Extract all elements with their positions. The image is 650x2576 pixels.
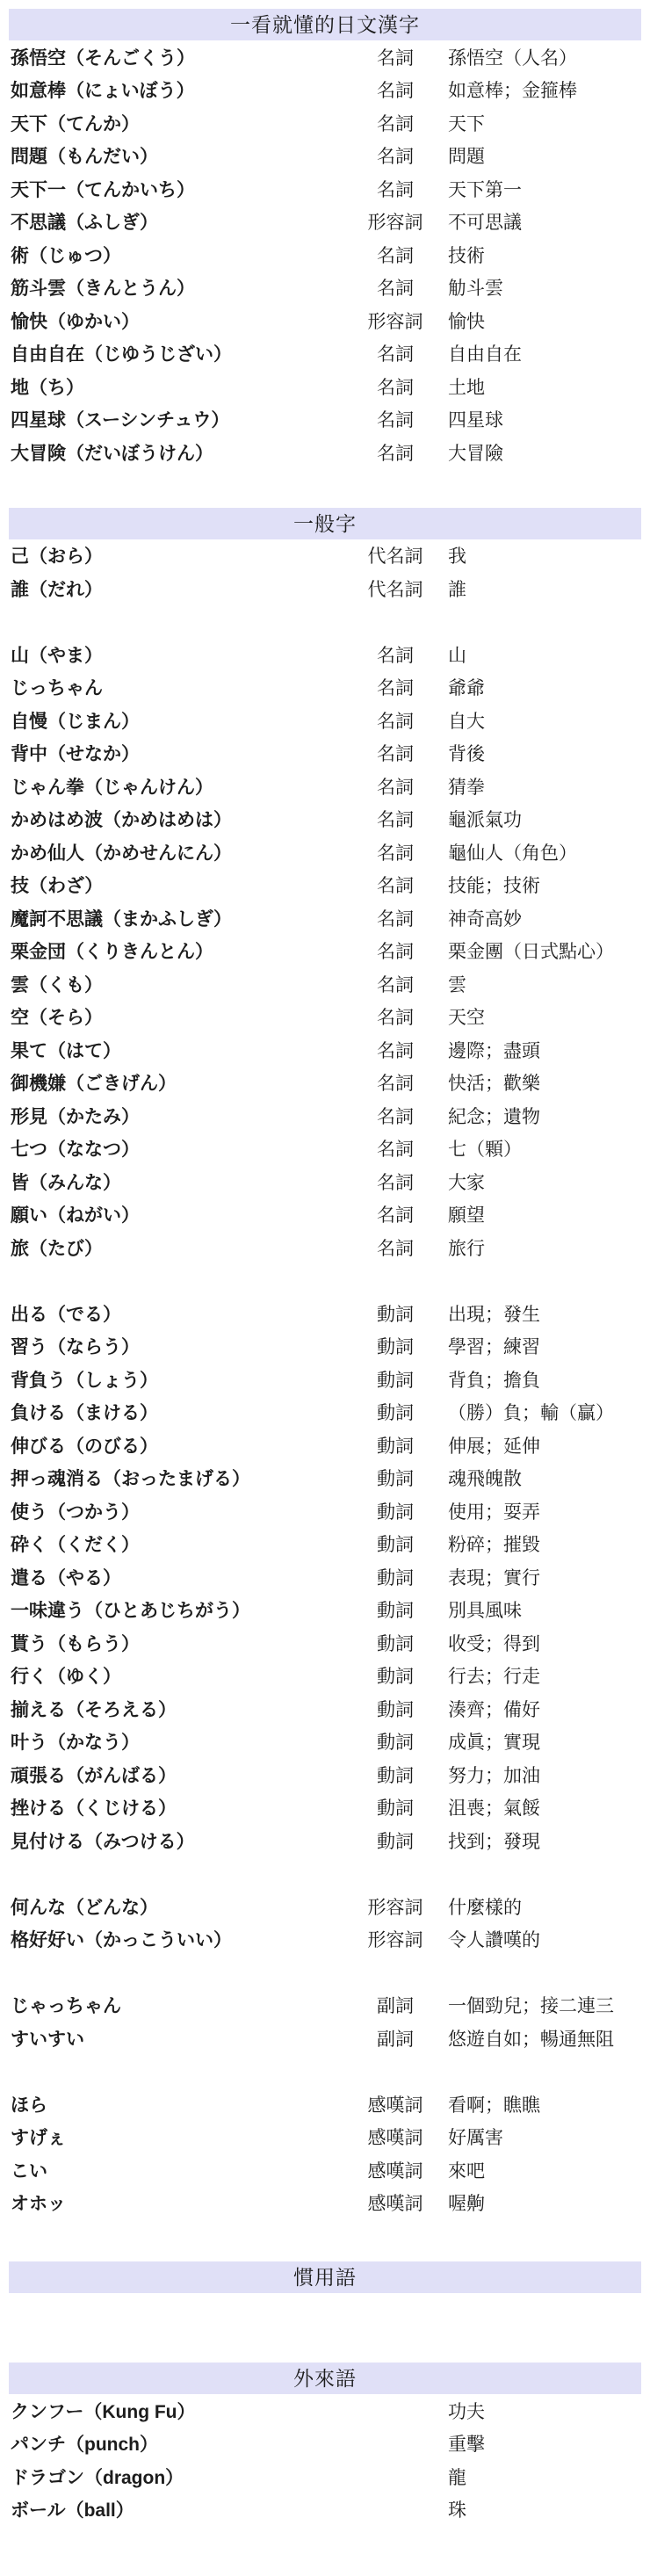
- vocab-row: 使う（つかう）動詞使用；耍弄: [0, 1494, 650, 1528]
- word-japanese: 誰（だれ）: [11, 575, 351, 602]
- word-japanese: 遣る（やる）: [11, 1564, 351, 1590]
- part-of-speech: 副詞: [351, 1992, 439, 2018]
- meaning-chinese: 觔斗雲: [439, 274, 641, 300]
- word-japanese: 行く（ゆく）: [11, 1662, 351, 1689]
- vocab-row: 雲（くも）名詞雲: [0, 967, 650, 1001]
- meaning-chinese: 出現；發生: [439, 1300, 641, 1327]
- word-japanese: 山（やま）: [11, 641, 351, 668]
- part-of-speech: 名詞: [351, 971, 439, 997]
- vocab-row: 行く（ゆく）動詞行去；行走: [0, 1660, 650, 1693]
- word-japanese: 四星球（スーシンチュウ）: [11, 406, 351, 432]
- part-of-speech: 名詞: [351, 1234, 439, 1261]
- meaning-chinese: 喔齁: [439, 2189, 641, 2216]
- part-of-speech: 動詞: [351, 1498, 439, 1524]
- meaning-chinese: 技術: [439, 242, 641, 268]
- word-japanese: 筋斗雲（きんとうん）: [11, 274, 351, 300]
- vocab-row: 出る（でる）動詞出現；發生: [0, 1297, 650, 1330]
- part-of-speech: 代名詞: [351, 575, 439, 602]
- part-of-speech: 名詞: [351, 905, 439, 931]
- vocab-row: 押っ魂消る（おったまげる）動詞魂飛魄散: [0, 1462, 650, 1495]
- part-of-speech: 名詞: [351, 1037, 439, 1063]
- meaning-chinese: 天下: [439, 110, 641, 136]
- meaning-chinese: 山: [439, 641, 641, 668]
- part-of-speech: 名詞: [351, 674, 439, 700]
- meaning-chinese: 七（顆）: [439, 1135, 641, 1161]
- meaning-chinese: 願望: [439, 1201, 641, 1227]
- meaning-chinese: 龍: [439, 2464, 641, 2490]
- meaning-chinese: 紀念；遺物: [439, 1103, 641, 1129]
- vocab-row: かめはめ波（かめはめは）名詞龜派氣功: [0, 803, 650, 836]
- word-japanese: 問題（もんだい）: [11, 142, 351, 169]
- vocab-table: 一看就懂的日文漢字孫悟空（そんごくう）名詞孫悟空（人名）如意棒（にょいぼう）名詞…: [0, 9, 650, 2526]
- vocab-row: 負ける（まける）動詞（勝）負；輸（贏）: [0, 1396, 650, 1429]
- vocab-row: ほら感嘆詞看啊；瞧瞧: [0, 2088, 650, 2121]
- meaning-chinese: 爺爺: [439, 674, 641, 700]
- meaning-chinese: 功夫: [439, 2398, 641, 2424]
- word-japanese: すいすい: [11, 2025, 351, 2051]
- part-of-speech: 動詞: [351, 1662, 439, 1689]
- part-of-speech: 名詞: [351, 110, 439, 136]
- word-japanese: 栗金団（くりきんとん）: [11, 937, 351, 964]
- row-spacer: [0, 1956, 650, 1989]
- vocab-row: 不思議（ふしぎ）形容詞不可思議: [0, 206, 650, 239]
- vocab-row: じゃっちゃん副詞一個勁兒；接二連三: [0, 1989, 650, 2022]
- word-japanese: 一味違う（ひとあじちがう）: [11, 1596, 351, 1623]
- vocab-row: 地（ち）名詞土地: [0, 370, 650, 403]
- vocab-row: 誰（だれ）代名詞誰: [0, 572, 650, 605]
- part-of-speech: 動詞: [351, 1399, 439, 1425]
- word-japanese: パンチ（punch）: [11, 2430, 351, 2457]
- meaning-chinese: 栗金團（日式點心）: [439, 937, 641, 964]
- part-of-speech: 名詞: [351, 641, 439, 668]
- word-japanese: 習う（ならう）: [11, 1333, 351, 1359]
- part-of-speech: 名詞: [351, 1103, 439, 1129]
- word-japanese: すげぇ: [11, 2124, 351, 2150]
- word-japanese: 頑張る（がんばる）: [11, 1762, 351, 1788]
- vocab-row: 皆（みんな）名詞大家: [0, 1165, 650, 1198]
- word-japanese: 雲（くも）: [11, 971, 351, 997]
- part-of-speech: 動詞: [351, 1530, 439, 1557]
- word-japanese: 如意棒（にょいぼう）: [11, 76, 351, 103]
- part-of-speech: 名詞: [351, 1169, 439, 1195]
- part-of-speech: 名詞: [351, 274, 439, 300]
- word-japanese: 果て（はて）: [11, 1037, 351, 1063]
- meaning-chinese: 技能；技術: [439, 872, 641, 898]
- word-japanese: ボール（ball）: [11, 2496, 351, 2522]
- vocab-row: 魔訶不思議（まかふしぎ）名詞神奇高妙: [0, 901, 650, 935]
- part-of-speech: 名詞: [351, 373, 439, 400]
- vocab-row: 習う（ならう）動詞學習；練習: [0, 1330, 650, 1364]
- part-of-speech: 動詞: [351, 1794, 439, 1820]
- meaning-chinese: 如意棒；金箍棒: [439, 76, 641, 103]
- vocab-row: 形見（かたみ）名詞紀念；遺物: [0, 1099, 650, 1132]
- meaning-chinese: 土地: [439, 373, 641, 400]
- word-japanese: 天下一（てんかいち）: [11, 176, 351, 202]
- vocab-section: 慣用語: [0, 2261, 650, 2293]
- part-of-speech: 名詞: [351, 707, 439, 734]
- vocab-row: ボール（ball）珠: [0, 2493, 650, 2527]
- meaning-chinese: 學習；練習: [439, 1333, 641, 1359]
- word-japanese: じゃっちゃん: [11, 1992, 351, 2018]
- meaning-chinese: 背後: [439, 740, 641, 766]
- vocab-row: かめ仙人（かめせんにん）名詞龜仙人（角色）: [0, 836, 650, 869]
- part-of-speech: 動詞: [351, 1465, 439, 1491]
- meaning-chinese: 誰: [439, 575, 641, 602]
- meaning-chinese: 龜派氣功: [439, 806, 641, 832]
- word-japanese: 魔訶不思議（まかふしぎ）: [11, 905, 351, 931]
- vocab-row: じっちゃん名詞爺爺: [0, 671, 650, 705]
- vocab-row: すいすい副詞悠遊自如；暢通無阻: [0, 2022, 650, 2055]
- part-of-speech: 名詞: [351, 44, 439, 70]
- word-japanese: 出る（でる）: [11, 1300, 351, 1327]
- word-japanese: 背中（せなか）: [11, 740, 351, 766]
- meaning-chinese: 天空: [439, 1003, 641, 1030]
- part-of-speech: 動詞: [351, 1762, 439, 1788]
- vocab-row: 自慢（じまん）名詞自大: [0, 704, 650, 737]
- meaning-chinese: 什麼樣的: [439, 1893, 641, 1920]
- meaning-chinese: 背負；擔負: [439, 1366, 641, 1393]
- part-of-speech: 感嘆詞: [351, 2124, 439, 2150]
- meaning-chinese: 邊際；盡頭: [439, 1037, 641, 1063]
- part-of-speech: 感嘆詞: [351, 2091, 439, 2117]
- meaning-chinese: 努力；加油: [439, 1762, 641, 1788]
- vocab-row: 遣る（やる）動詞表現；實行: [0, 1560, 650, 1594]
- word-japanese: オホッ: [11, 2189, 351, 2216]
- part-of-speech: 動詞: [351, 1696, 439, 1722]
- word-japanese: 地（ち）: [11, 373, 351, 400]
- vocab-row: 孫悟空（そんごくう）名詞孫悟空（人名）: [0, 40, 650, 74]
- word-japanese: 伸びる（のびる）: [11, 1432, 351, 1458]
- meaning-chinese: 自大: [439, 707, 641, 734]
- vocab-row: 空（そら）名詞天空: [0, 1001, 650, 1034]
- row-spacer: [0, 1264, 650, 1298]
- meaning-chinese: 魂飛魄散: [439, 1465, 641, 1491]
- meaning-chinese: 快活；歡樂: [439, 1069, 641, 1096]
- meaning-chinese: 粉碎；摧毀: [439, 1530, 641, 1557]
- vocab-row: 栗金団（くりきんとん）名詞栗金團（日式點心）: [0, 935, 650, 968]
- part-of-speech: 名詞: [351, 839, 439, 865]
- word-japanese: 愉快（ゆかい）: [11, 308, 351, 334]
- vocab-row: 格好好い（かっこういい）形容詞令人讚嘆的: [0, 1923, 650, 1957]
- vocab-row: 揃える（そろえる）動詞湊齊；備好: [0, 1692, 650, 1726]
- meaning-chinese: 愉快: [439, 308, 641, 334]
- word-japanese: 七つ（ななつ）: [11, 1135, 351, 1161]
- vocab-row: 挫ける（くじける）動詞沮喪；氣餒: [0, 1791, 650, 1825]
- meaning-chinese: 悠遊自如；暢通無阻: [439, 2025, 641, 2051]
- part-of-speech: 形容詞: [351, 308, 439, 334]
- part-of-speech: 感嘆詞: [351, 2189, 439, 2216]
- part-of-speech: 動詞: [351, 1728, 439, 1755]
- section-title: 慣用語: [9, 2261, 641, 2293]
- word-japanese: ほら: [11, 2091, 351, 2117]
- part-of-speech: 名詞: [351, 76, 439, 103]
- word-japanese: 使う（つかう）: [11, 1498, 351, 1524]
- vocab-row: ドラゴン（dragon）龍: [0, 2460, 650, 2493]
- meaning-chinese: 孫悟空（人名）: [439, 44, 641, 70]
- word-japanese: 形見（かたみ）: [11, 1103, 351, 1129]
- vocab-row: 伸びる（のびる）動詞伸展；延伸: [0, 1429, 650, 1462]
- part-of-speech: 名詞: [351, 1069, 439, 1096]
- vocab-row: すげぇ感嘆詞好厲害: [0, 2121, 650, 2154]
- word-japanese: 格好好い（かっこういい）: [11, 1926, 351, 1952]
- word-japanese: ドラゴン（dragon）: [11, 2464, 351, 2490]
- section-title: 一看就懂的日文漢字: [9, 9, 641, 40]
- meaning-chinese: 表現；實行: [439, 1564, 641, 1590]
- meaning-chinese: 成眞；實現: [439, 1728, 641, 1755]
- part-of-speech: 動詞: [351, 1630, 439, 1656]
- vocab-row: オホッ感嘆詞喔齁: [0, 2187, 650, 2220]
- part-of-speech: 名詞: [351, 340, 439, 366]
- vocab-row: 天下一（てんかいち）名詞天下第一: [0, 172, 650, 206]
- vocab-row: 何んな（どんな）形容詞什麼樣的: [0, 1890, 650, 1923]
- part-of-speech: 名詞: [351, 1201, 439, 1227]
- part-of-speech: 動詞: [351, 1596, 439, 1623]
- word-japanese: 負ける（まける）: [11, 1399, 351, 1425]
- part-of-speech: 名詞: [351, 773, 439, 800]
- meaning-chinese: 伸展；延伸: [439, 1432, 641, 1458]
- meaning-chinese: 使用；耍弄: [439, 1498, 641, 1524]
- vocab-row: 七つ（ななつ）名詞七（顆）: [0, 1132, 650, 1166]
- word-japanese: 挫ける（くじける）: [11, 1794, 351, 1820]
- part-of-speech: 名詞: [351, 806, 439, 832]
- section-title: 外來語: [9, 2363, 641, 2394]
- vocab-row: 如意棒（にょいぼう）名詞如意棒；金箍棒: [0, 74, 650, 107]
- row-spacer: [0, 1857, 650, 1891]
- word-japanese: 術（じゅつ）: [11, 242, 351, 268]
- vocab-row: 叶う（かなう）動詞成眞；實現: [0, 1726, 650, 1759]
- meaning-chinese: （勝）負；輸（贏）: [439, 1399, 641, 1425]
- word-japanese: 砕く（くだく）: [11, 1530, 351, 1557]
- part-of-speech: 名詞: [351, 872, 439, 898]
- vocab-section: 外來語クンフー（Kung Fu）功夫パンチ（punch）重擊ドラゴン（drago…: [0, 2363, 650, 2526]
- word-japanese: 見付ける（みつける）: [11, 1827, 351, 1854]
- word-japanese: 願い（ねがい）: [11, 1201, 351, 1227]
- meaning-chinese: 看啊；瞧瞧: [439, 2091, 641, 2117]
- meaning-chinese: 好厲害: [439, 2124, 641, 2150]
- part-of-speech: 副詞: [351, 2025, 439, 2051]
- vocab-row: 筋斗雲（きんとうん）名詞觔斗雲: [0, 271, 650, 305]
- row-spacer: [0, 605, 650, 639]
- vocab-row: 頑張る（がんばる）動詞努力；加油: [0, 1758, 650, 1791]
- meaning-chinese: 龜仙人（角色）: [439, 839, 641, 865]
- part-of-speech: 名詞: [351, 1003, 439, 1030]
- meaning-chinese: 來吧: [439, 2157, 641, 2183]
- vocab-row: 技（わざ）名詞技能；技術: [0, 869, 650, 902]
- part-of-speech: 動詞: [351, 1300, 439, 1327]
- row-spacer: [0, 2055, 650, 2088]
- meaning-chinese: 天下第一: [439, 176, 641, 202]
- part-of-speech: 代名詞: [351, 542, 439, 568]
- word-japanese: 不思議（ふしぎ）: [11, 208, 351, 235]
- meaning-chinese: 大冒險: [439, 439, 641, 466]
- meaning-chinese: 珠: [439, 2496, 641, 2522]
- part-of-speech: 名詞: [351, 176, 439, 202]
- vocab-row: 問題（もんだい）名詞問題: [0, 140, 650, 173]
- meaning-chinese: 行去；行走: [439, 1662, 641, 1689]
- meaning-chinese: 大家: [439, 1169, 641, 1195]
- meaning-chinese: 收受；得到: [439, 1630, 641, 1656]
- part-of-speech: 名詞: [351, 1135, 439, 1161]
- meaning-chinese: 一個勁兒；接二連三: [439, 1992, 641, 2018]
- vocab-row: 愉快（ゆかい）形容詞愉快: [0, 304, 650, 337]
- vocab-row: 自由自在（じゆうじざい）名詞自由自在: [0, 337, 650, 371]
- vocab-row: 貰う（もらう）動詞收受；得到: [0, 1626, 650, 1660]
- word-japanese: 旅（たび）: [11, 1234, 351, 1261]
- word-japanese: かめ仙人（かめせんにん）: [11, 839, 351, 865]
- part-of-speech: 名詞: [351, 242, 439, 268]
- part-of-speech: 形容詞: [351, 1926, 439, 1952]
- vocab-row: こい感嘆詞來吧: [0, 2153, 650, 2187]
- meaning-chinese: 不可思議: [439, 208, 641, 235]
- word-japanese: 大冒険（だいぼうけん）: [11, 439, 351, 466]
- part-of-speech: 動詞: [351, 1333, 439, 1359]
- word-japanese: こい: [11, 2157, 351, 2183]
- word-japanese: 皆（みんな）: [11, 1169, 351, 1195]
- vocab-row: 山（やま）名詞山: [0, 638, 650, 671]
- vocab-section: 一看就懂的日文漢字孫悟空（そんごくう）名詞孫悟空（人名）如意棒（にょいぼう）名詞…: [0, 9, 650, 469]
- vocab-row: クンフー（Kung Fu）功夫: [0, 2394, 650, 2428]
- vocab-row: 己（おら）代名詞我: [0, 539, 650, 573]
- vocab-row: 背負う（しょう）動詞背負；擔負: [0, 1363, 650, 1396]
- word-japanese: 貰う（もらう）: [11, 1630, 351, 1656]
- word-japanese: 技（わざ）: [11, 872, 351, 898]
- word-japanese: 自由自在（じゆうじざい）: [11, 340, 351, 366]
- part-of-speech: 名詞: [351, 439, 439, 466]
- meaning-chinese: 神奇高妙: [439, 905, 641, 931]
- part-of-speech: 名詞: [351, 142, 439, 169]
- word-japanese: 揃える（そろえる）: [11, 1696, 351, 1722]
- vocab-row: 見付ける（みつける）動詞找到；發現: [0, 1824, 650, 1857]
- vocab-row: 一味違う（ひとあじちがう）動詞別具風味: [0, 1594, 650, 1627]
- meaning-chinese: 令人讚嘆的: [439, 1926, 641, 1952]
- part-of-speech: 形容詞: [351, 1893, 439, 1920]
- meaning-chinese: 重擊: [439, 2430, 641, 2457]
- part-of-speech: 動詞: [351, 1432, 439, 1458]
- vocab-row: じゃん拳（じゃんけん）名詞猜拳: [0, 770, 650, 803]
- meaning-chinese: 找到；發現: [439, 1827, 641, 1854]
- vocab-row: 砕く（くだく）動詞粉碎；摧毀: [0, 1528, 650, 1561]
- meaning-chinese: 湊齊；備好: [439, 1696, 641, 1722]
- word-japanese: 己（おら）: [11, 542, 351, 568]
- vocab-row: 御機嫌（ごきげん）名詞快活；歡樂: [0, 1067, 650, 1100]
- word-japanese: 叶う（かなう）: [11, 1728, 351, 1755]
- meaning-chinese: 問題: [439, 142, 641, 169]
- part-of-speech: 名詞: [351, 937, 439, 964]
- word-japanese: クンフー（Kung Fu）: [11, 2398, 351, 2424]
- vocab-section: 一般字己（おら）代名詞我誰（だれ）代名詞誰山（やま）名詞山じっちゃん名詞爺爺自慢…: [0, 508, 650, 2220]
- word-japanese: 御機嫌（ごきげん）: [11, 1069, 351, 1096]
- vocab-row: 天下（てんか）名詞天下: [0, 106, 650, 140]
- meaning-chinese: 自由自在: [439, 340, 641, 366]
- word-japanese: かめはめ波（かめはめは）: [11, 806, 351, 832]
- vocab-row: 願い（ねがい）名詞願望: [0, 1198, 650, 1232]
- part-of-speech: 動詞: [351, 1366, 439, 1393]
- word-japanese: 空（そら）: [11, 1003, 351, 1030]
- vocab-row: 四星球（スーシンチュウ）名詞四星球: [0, 403, 650, 437]
- word-japanese: 背負う（しょう）: [11, 1366, 351, 1393]
- meaning-chinese: 四星球: [439, 406, 641, 432]
- word-japanese: 天下（てんか）: [11, 110, 351, 136]
- part-of-speech: 感嘆詞: [351, 2157, 439, 2183]
- part-of-speech: 名詞: [351, 740, 439, 766]
- vocab-row: 大冒険（だいぼうけん）名詞大冒險: [0, 436, 650, 469]
- section-title: 一般字: [9, 508, 641, 539]
- word-japanese: 何んな（どんな）: [11, 1893, 351, 1920]
- vocab-document: 一看就懂的日文漢字孫悟空（そんごくう）名詞孫悟空（人名）如意棒（にょいぼう）名詞…: [0, 0, 650, 2526]
- word-japanese: 押っ魂消る（おったまげる）: [11, 1465, 351, 1491]
- vocab-row: 果て（はて）名詞邊際；盡頭: [0, 1033, 650, 1067]
- part-of-speech: 動詞: [351, 1564, 439, 1590]
- vocab-row: パンチ（punch）重擊: [0, 2428, 650, 2461]
- vocab-row: 旅（たび）名詞旅行: [0, 1231, 650, 1264]
- meaning-chinese: 我: [439, 542, 641, 568]
- part-of-speech: 形容詞: [351, 208, 439, 235]
- word-japanese: じっちゃん: [11, 674, 351, 700]
- meaning-chinese: 雲: [439, 971, 641, 997]
- word-japanese: 孫悟空（そんごくう）: [11, 44, 351, 70]
- vocab-row: 背中（せなか）名詞背後: [0, 737, 650, 771]
- meaning-chinese: 別具風味: [439, 1596, 641, 1623]
- meaning-chinese: 沮喪；氣餒: [439, 1794, 641, 1820]
- meaning-chinese: 旅行: [439, 1234, 641, 1261]
- word-japanese: じゃん拳（じゃんけん）: [11, 773, 351, 800]
- meaning-chinese: 猜拳: [439, 773, 641, 800]
- vocab-row: 術（じゅつ）名詞技術: [0, 238, 650, 271]
- part-of-speech: 名詞: [351, 406, 439, 432]
- part-of-speech: 動詞: [351, 1827, 439, 1854]
- word-japanese: 自慢（じまん）: [11, 707, 351, 734]
